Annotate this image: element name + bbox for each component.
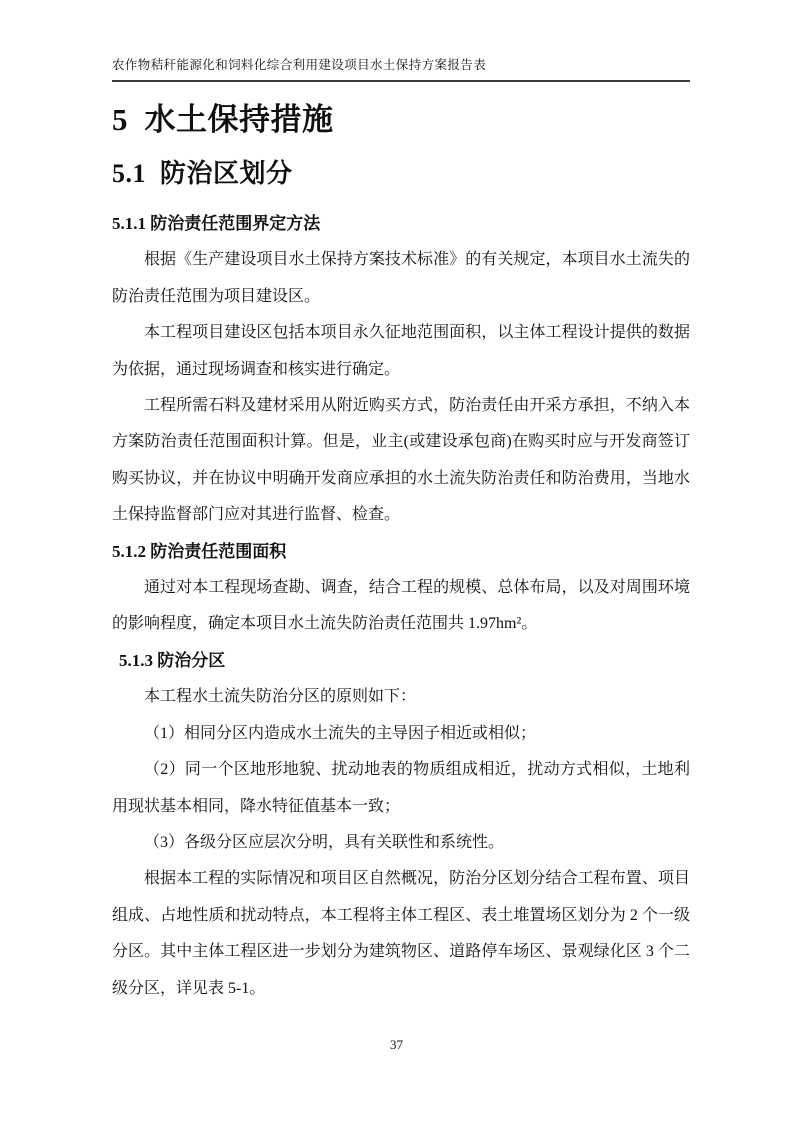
header-title: 农作物秸秆能源化和饲料化综合利用建设项目水土保持方案报告表 (112, 57, 690, 74)
paragraph: 本工程项目建设区包括本项目永久征地范围面积，以主体工程设计提供的数据为依据，通过… (112, 315, 690, 388)
document-page: 农作物秸秆能源化和饲料化综合利用建设项目水土保持方案报告表 5 水土保持措施 5… (0, 0, 793, 1122)
chapter-title: 5.1 防治区划分 (112, 156, 690, 192)
section-heading: 5.1.2 防治责任范围面积 (112, 534, 690, 570)
section-heading: 5.1.3 防治分区 (112, 643, 690, 679)
page-header: 农作物秸秆能源化和饲料化综合利用建设项目水土保持方案报告表 (112, 57, 690, 74)
header-rule (112, 80, 690, 82)
paragraph: （3）各级分区应层次分明，具有关联性和系统性。 (112, 825, 690, 861)
page-number: 37 (390, 1036, 403, 1054)
paragraph: 本工程水土流失防治分区的原则如下： (112, 679, 690, 715)
document-title: 5 水土保持措施 (112, 100, 690, 140)
document-body: 5.1.1 防治责任范围界定方法根据《生产建设项目水土保持方案技术标准》的有关规… (112, 206, 690, 1007)
section-heading: 5.1.1 防治责任范围界定方法 (112, 206, 690, 242)
paragraph: 根据《生产建设项目水土保持方案技术标准》的有关规定，本项目水土流失的防治责任范围… (112, 242, 690, 315)
document-content: 5 水土保持措施 5.1 防治区划分 5.1.1 防治责任范围界定方法根据《生产… (112, 100, 690, 1007)
paragraph: （1）相同分区内造成水土流失的主导因子相近或相似； (112, 716, 690, 752)
page-footer: 37 (0, 1036, 793, 1054)
paragraph: 通过对本工程现场查勘、调查，结合工程的规模、总体布局，以及对周围环境的影响程度，… (112, 570, 690, 643)
paragraph: 根据本工程的实际情况和项目区自然概况，防治分区划分结合工程布置、项目组成、占地性… (112, 861, 690, 1007)
paragraph: （2）同一个区地形地貌、扰动地表的物质组成相近，扰动方式相似，土地利用现状基本相… (112, 752, 690, 825)
paragraph: 工程所需石料及建材采用从附近购买方式，防治责任由开采方承担，不纳入本方案防治责任… (112, 388, 690, 534)
